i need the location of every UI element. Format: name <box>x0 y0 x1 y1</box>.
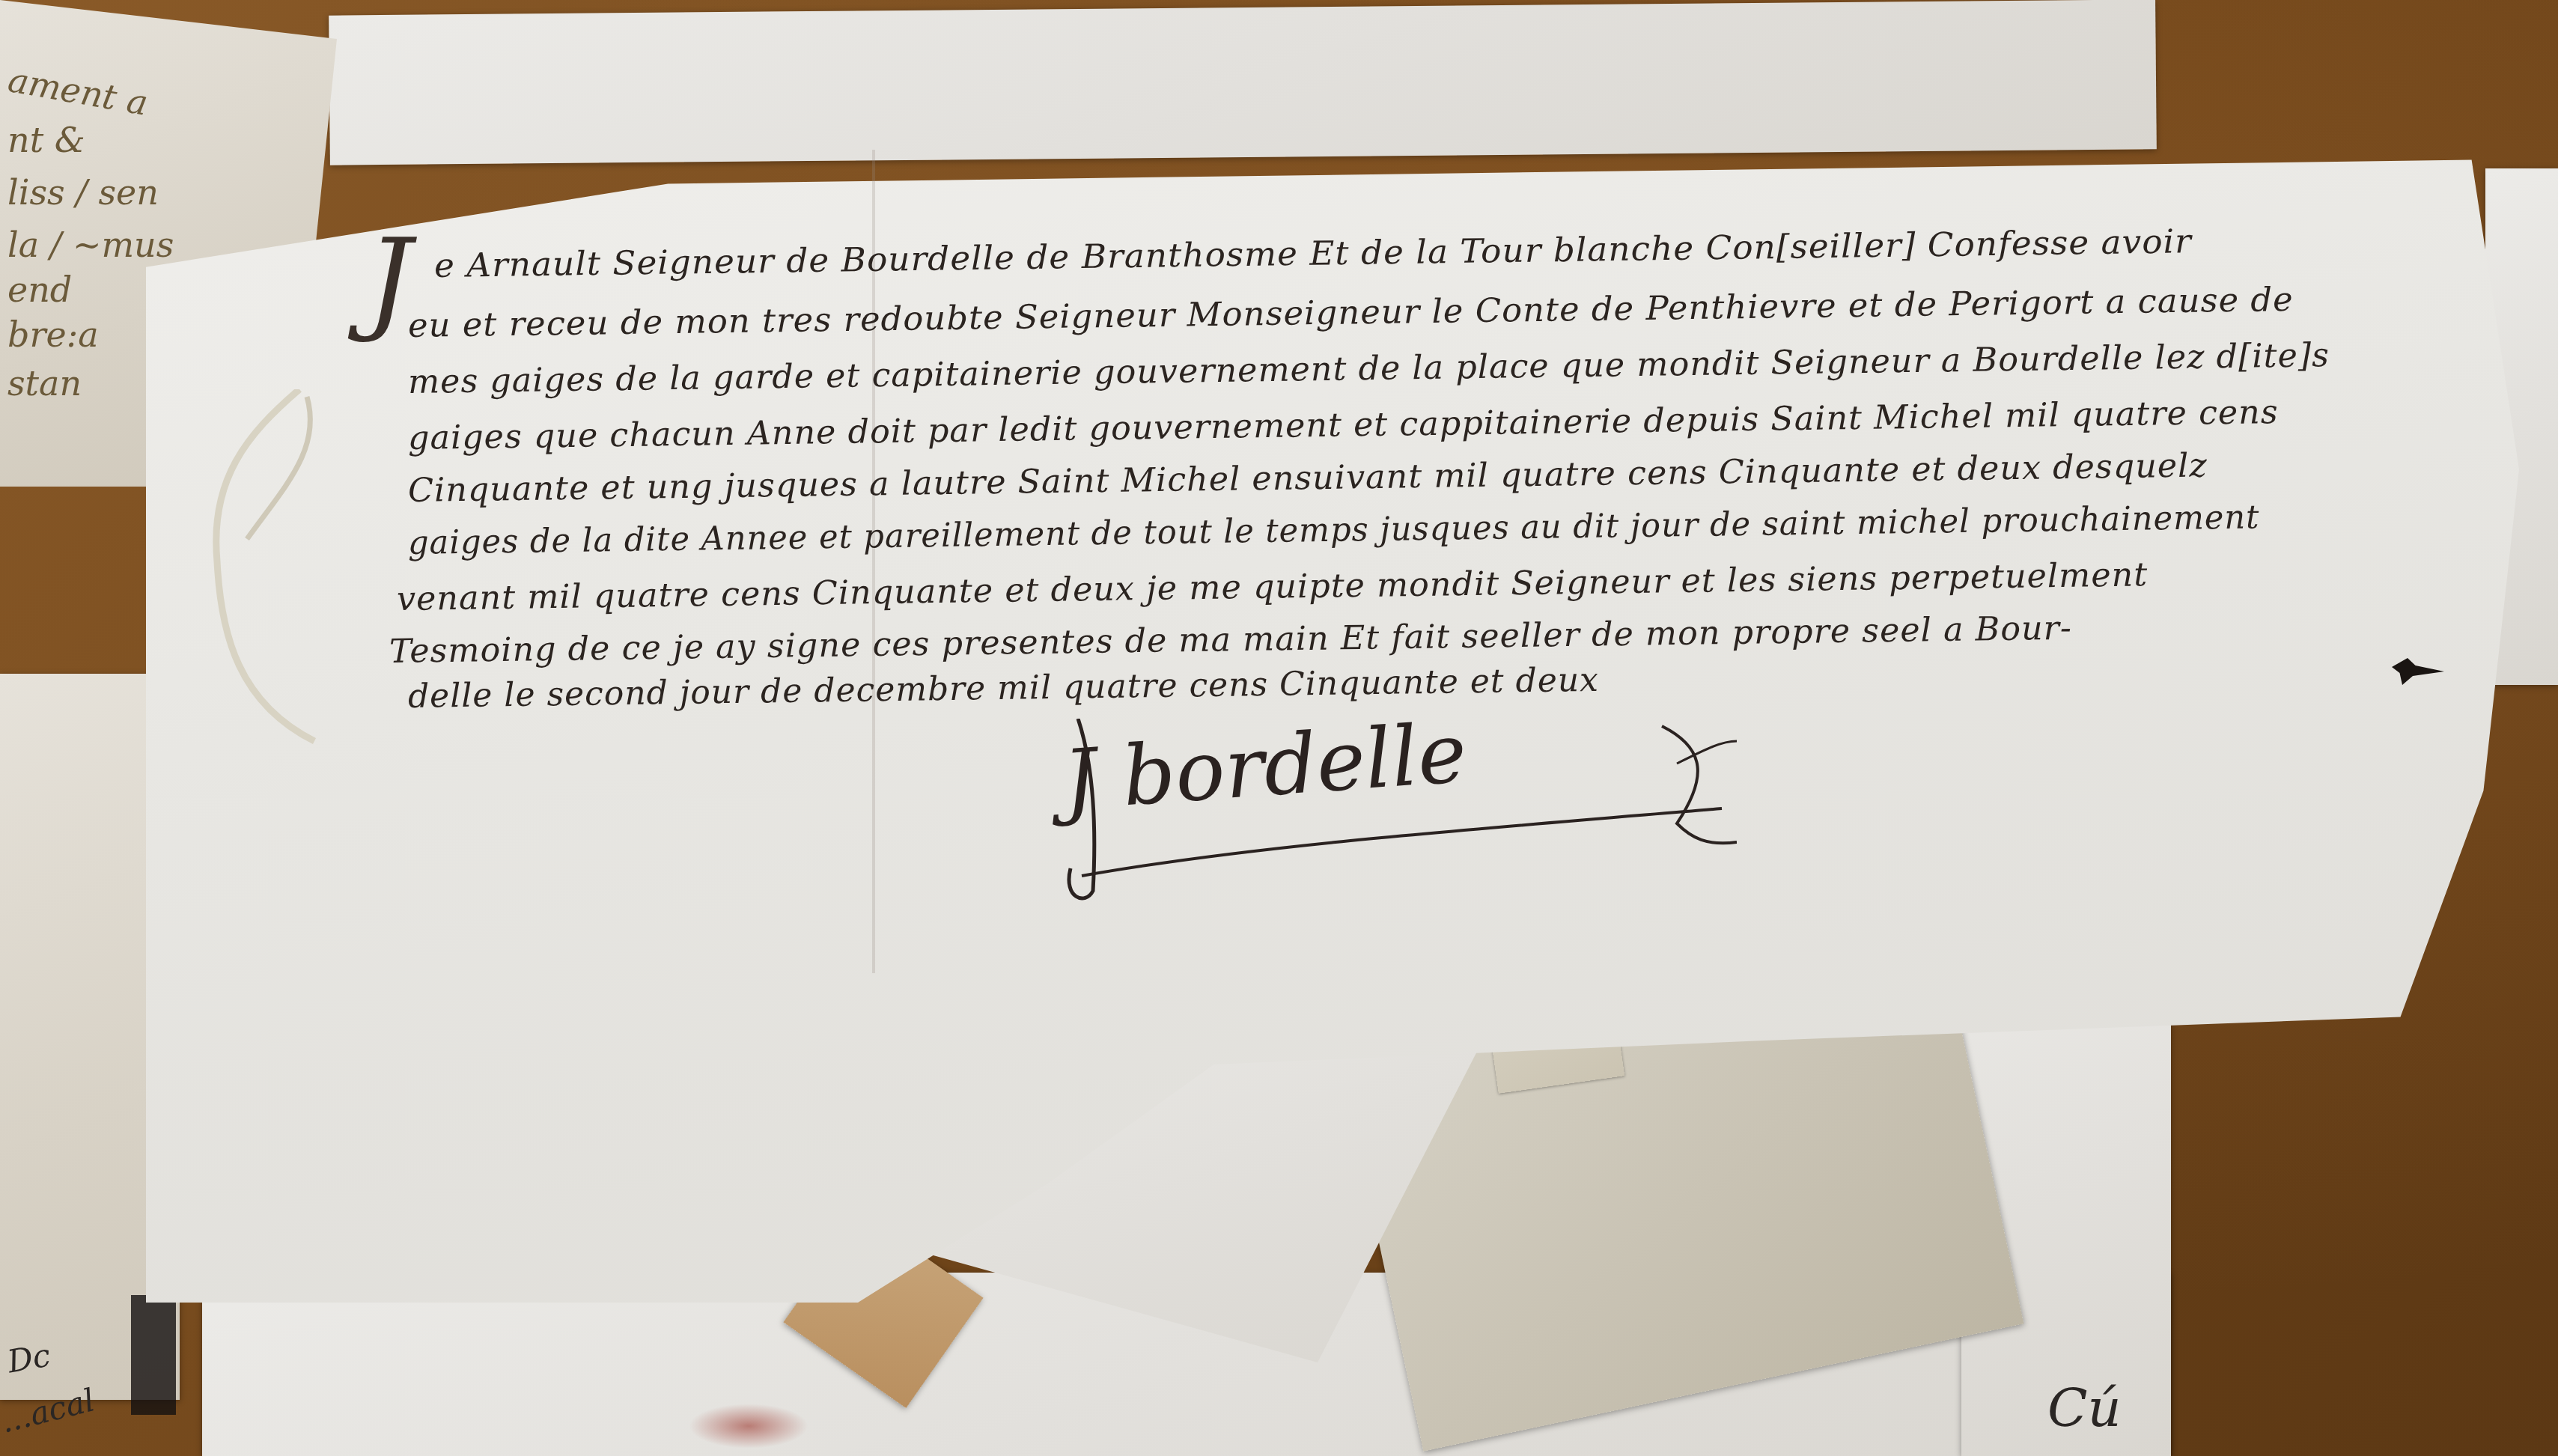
left-fragment-line: end <box>7 269 72 310</box>
left-fragment-line: bre:a <box>7 314 99 355</box>
bottom-left-note: Dc <box>4 1336 53 1380</box>
left-fragment-line: nt & <box>7 120 85 160</box>
left-fragment-line: stan <box>7 363 82 403</box>
shadow-gap-bottom-left <box>131 1295 176 1415</box>
decorated-initial: J <box>367 225 412 337</box>
red-stain <box>689 1404 808 1449</box>
bottom-right-note: Cú <box>2047 1377 2122 1439</box>
left-fragment-line: liss / sen <box>7 172 159 213</box>
underlying-sheet-top <box>329 0 2157 165</box>
left-fragment-line: la / ~mus <box>7 225 174 265</box>
